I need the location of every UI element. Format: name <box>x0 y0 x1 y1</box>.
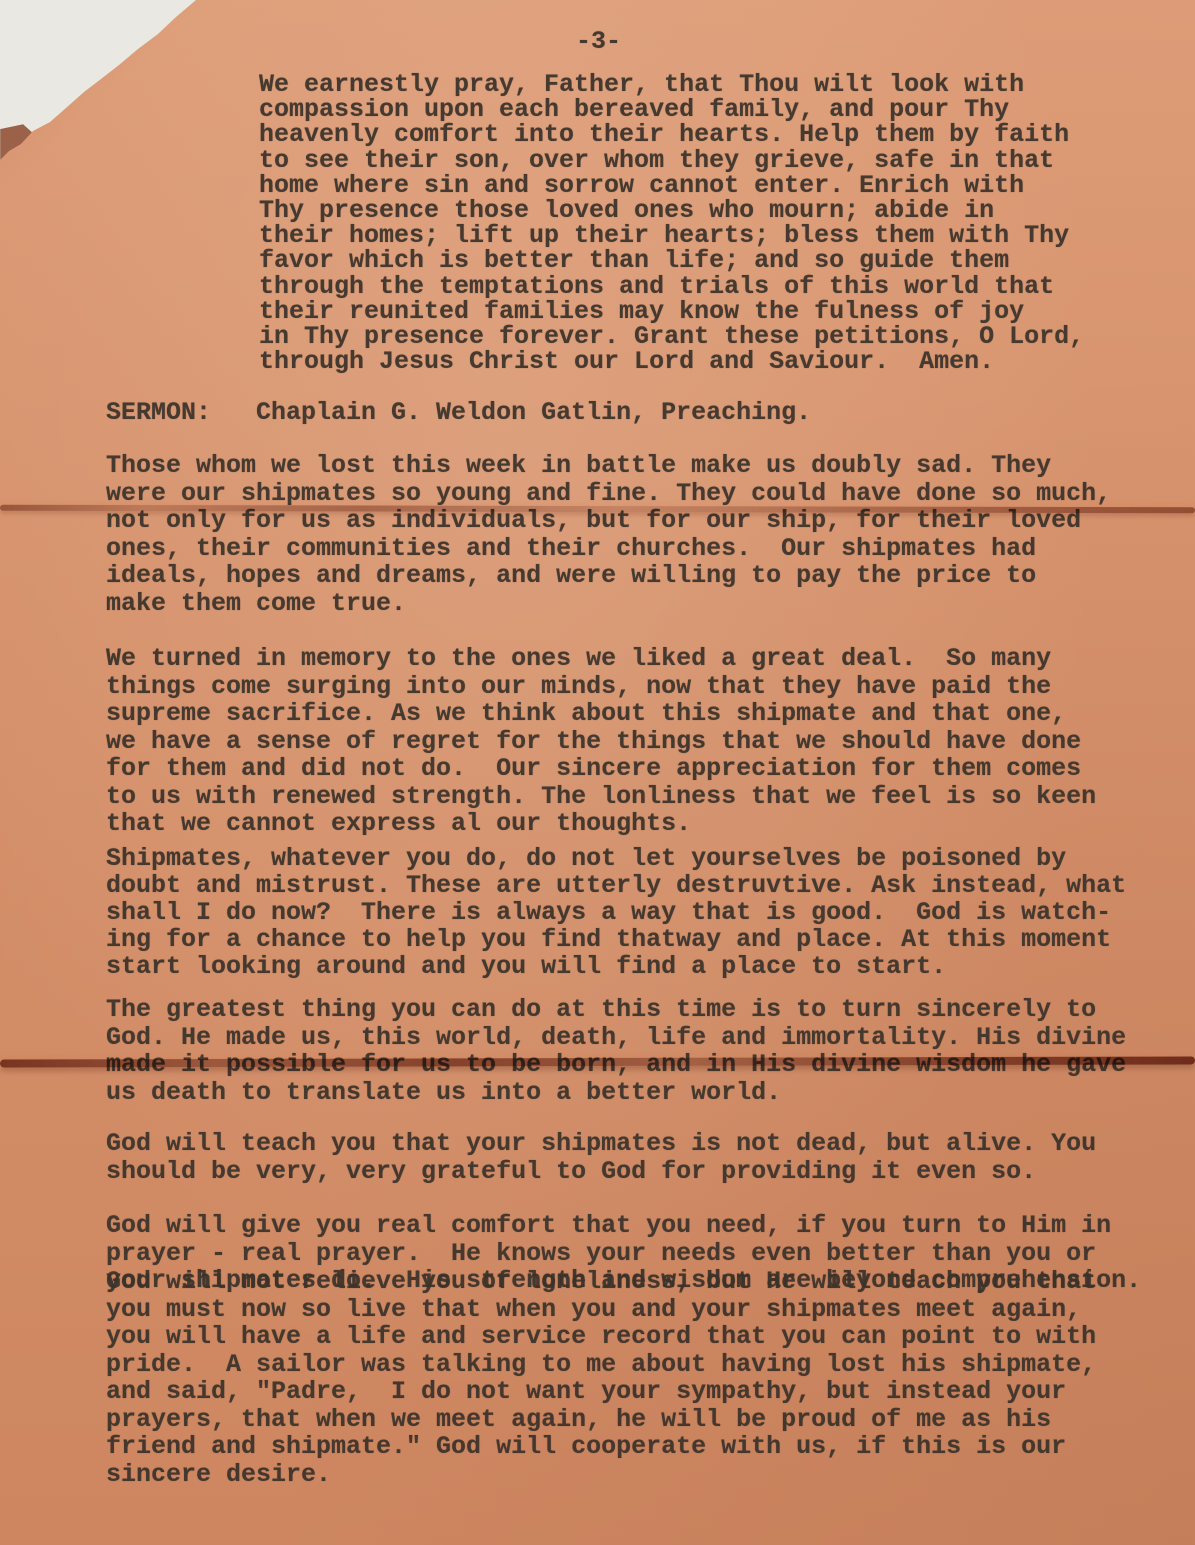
typewritten-page: -3- We earnestly pray, Father, that Thou… <box>0 0 1195 1545</box>
text-line: The greatest thing you can do at this ti… <box>106 996 1126 1024</box>
text-line: through Jesus Christ our Lord and Saviou… <box>259 349 1084 374</box>
sermon-paragraph-1: Those whom we lost this week in battle m… <box>106 452 1111 617</box>
page-number: -3- <box>576 28 621 56</box>
text-line: sincere desire. <box>106 1461 1096 1489</box>
text-line: doubt and mistrust. These are utterly de… <box>106 872 1126 899</box>
text-line: you must now so live that when you and y… <box>106 1296 1096 1324</box>
text-line: Thy presence those loved ones who mourn;… <box>259 198 1084 223</box>
text-line: ideals, hopes and dreams, and were willi… <box>106 562 1111 590</box>
text-line: their homes; lift up their hearts; bless… <box>259 223 1084 248</box>
scan-background: -3- We earnestly pray, Father, that Thou… <box>0 0 1195 1545</box>
sermon-paragraph-3: Shipmates, whatever you do, do not let y… <box>106 845 1126 980</box>
text-line: shall I do now? There is always a way th… <box>106 899 1126 926</box>
text-line: made it possible for us to be born, and … <box>106 1051 1126 1079</box>
text-line: God will teach you that your shipmates i… <box>106 1130 1096 1158</box>
sermon-paragraph-5: God will teach you that your shipmates i… <box>106 1130 1096 1185</box>
text-line: should be very, very grateful to God for… <box>106 1158 1096 1186</box>
text-line: supreme sacrifice. As we think about thi… <box>106 700 1096 728</box>
text-line: compassion upon each bereaved family, an… <box>259 97 1084 122</box>
text-line: God will not relieve you of loneliness, … <box>106 1268 1096 1296</box>
opening-prayer-paragraph: We earnestly pray, Father, that Thou wil… <box>259 72 1084 374</box>
text-line: you will have a life and service record … <box>106 1323 1096 1351</box>
text-line: Those whom we lost this week in battle m… <box>106 452 1111 480</box>
text-line: and said, "Padre, I do not want your sym… <box>106 1378 1096 1406</box>
text-line: in Thy presence forever. Grant these pet… <box>259 324 1084 349</box>
text-line: were our shipmates so young and fine. Th… <box>106 480 1111 508</box>
text-line: not only for us as individuals, but for … <box>106 507 1111 535</box>
text-line: Shipmates, whatever you do, do not let y… <box>106 845 1126 872</box>
text-line: home where sin and sorrow cannot enter. … <box>259 173 1084 198</box>
text-line: through the temptations and trials of th… <box>259 274 1084 299</box>
sermon-paragraph-4: The greatest thing you can do at this ti… <box>106 996 1126 1106</box>
text-line: ones, their communities and their church… <box>106 535 1111 563</box>
text-line: favor which is better than life; and so … <box>259 248 1084 273</box>
text-line: their reunited families may know the ful… <box>259 299 1084 324</box>
text-line: God will give you real comfort that you … <box>106 1212 1141 1240</box>
sermon-paragraph-7: God will not relieve you of loneliness, … <box>106 1268 1096 1488</box>
sermon-paragraph-2: We turned in memory to the ones we liked… <box>106 645 1096 838</box>
text-line: things come surging into our minds, now … <box>106 673 1096 701</box>
text-line: start looking around and you will find a… <box>106 953 1126 980</box>
text-line: We earnestly pray, Father, that Thou wil… <box>259 72 1084 97</box>
sermon-heading: SERMON: Chaplain G. Weldon Gatlin, Preac… <box>106 399 811 427</box>
text-line: ing for a chance to help you find thatwa… <box>106 926 1126 953</box>
text-line: prayers, that when we meet again, he wil… <box>106 1406 1096 1434</box>
text-line: we have a sense of regret for the things… <box>106 728 1096 756</box>
text-line: us death to translate us into a better w… <box>106 1079 1126 1107</box>
text-line: for them and did not do. Our sincere app… <box>106 755 1096 783</box>
text-line: that we cannot express al our thoughts. <box>106 810 1096 838</box>
text-line: heavenly comfort into their hearts. Help… <box>259 122 1084 147</box>
text-line: God. He made us, this world, death, life… <box>106 1024 1126 1052</box>
torn-corner-shading <box>0 0 260 220</box>
text-line: prayer - real prayer. He knows your need… <box>106 1240 1141 1268</box>
text-line: make them come true. <box>106 590 1111 618</box>
text-line: We turned in memory to the ones we liked… <box>106 645 1096 673</box>
text-line: to see their son, over whom they grieve,… <box>259 148 1084 173</box>
text-line: friend and shipmate." God will cooperate… <box>106 1433 1096 1461</box>
text-line: to us with renewed strength. The lonline… <box>106 783 1096 811</box>
text-line: pride. A sailor was talking to me about … <box>106 1351 1096 1379</box>
